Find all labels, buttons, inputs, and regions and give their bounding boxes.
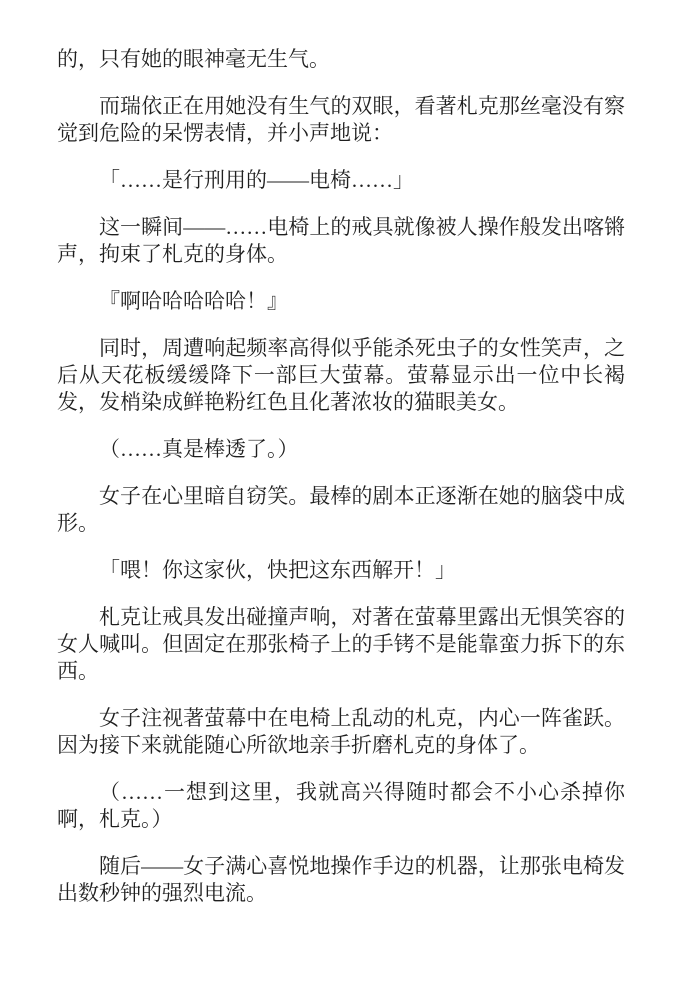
- paragraph-7: （……真是棒透了。）: [57, 436, 625, 463]
- paragraph-2: 而瑞依正在用她没有生气的双眼，看著札克那丝毫没有察觉到危险的呆愣表情，并小声地说…: [57, 93, 625, 147]
- paragraph-11: 女子注视著萤幕中在电椅上乱动的札克，内心一阵雀跃。因为接下来就能随心所欲地亲手折…: [57, 705, 625, 759]
- paragraph-3: 「……是行刑用的——电椅……」: [57, 167, 625, 194]
- paragraph-5: 『啊哈哈哈哈哈！』: [57, 288, 625, 315]
- paragraph-8: 女子在心里暗自窃笑。最棒的剧本正逐渐在她的脑袋中成形。: [57, 483, 625, 537]
- text-block: 的，只有她的眼神毫无生气。而瑞依正在用她没有生气的双眼，看著札克那丝毫没有察觉到…: [57, 46, 625, 907]
- paragraph-13: 随后——女子满心喜悦地操作手边的机器，让那张电椅发出数秒钟的强烈电流。: [57, 853, 625, 907]
- paragraph-1: 的，只有她的眼神毫无生气。: [57, 46, 625, 73]
- document-page: 的，只有她的眼神毫无生气。而瑞依正在用她没有生气的双眼，看著札克那丝毫没有察觉到…: [0, 0, 700, 992]
- paragraph-10: 札克让戒具发出碰撞声响，对著在萤幕里露出无惧笑容的女人喊叫。但固定在那张椅子上的…: [57, 604, 625, 685]
- paragraph-6: 同时，周遭响起频率高得似乎能杀死虫子的女性笑声，之后从天花板缓缓降下一部巨大萤幕…: [57, 335, 625, 416]
- paragraph-9: 「喂！你这家伙，快把这东西解开！」: [57, 557, 625, 584]
- paragraph-4: 这一瞬间——……电椅上的戒具就像被人操作般发出喀锵声，拘束了札克的身体。: [57, 214, 625, 268]
- paragraph-12: （……一想到这里，我就高兴得随时都会不小心杀掉你啊，札克。）: [57, 779, 625, 833]
